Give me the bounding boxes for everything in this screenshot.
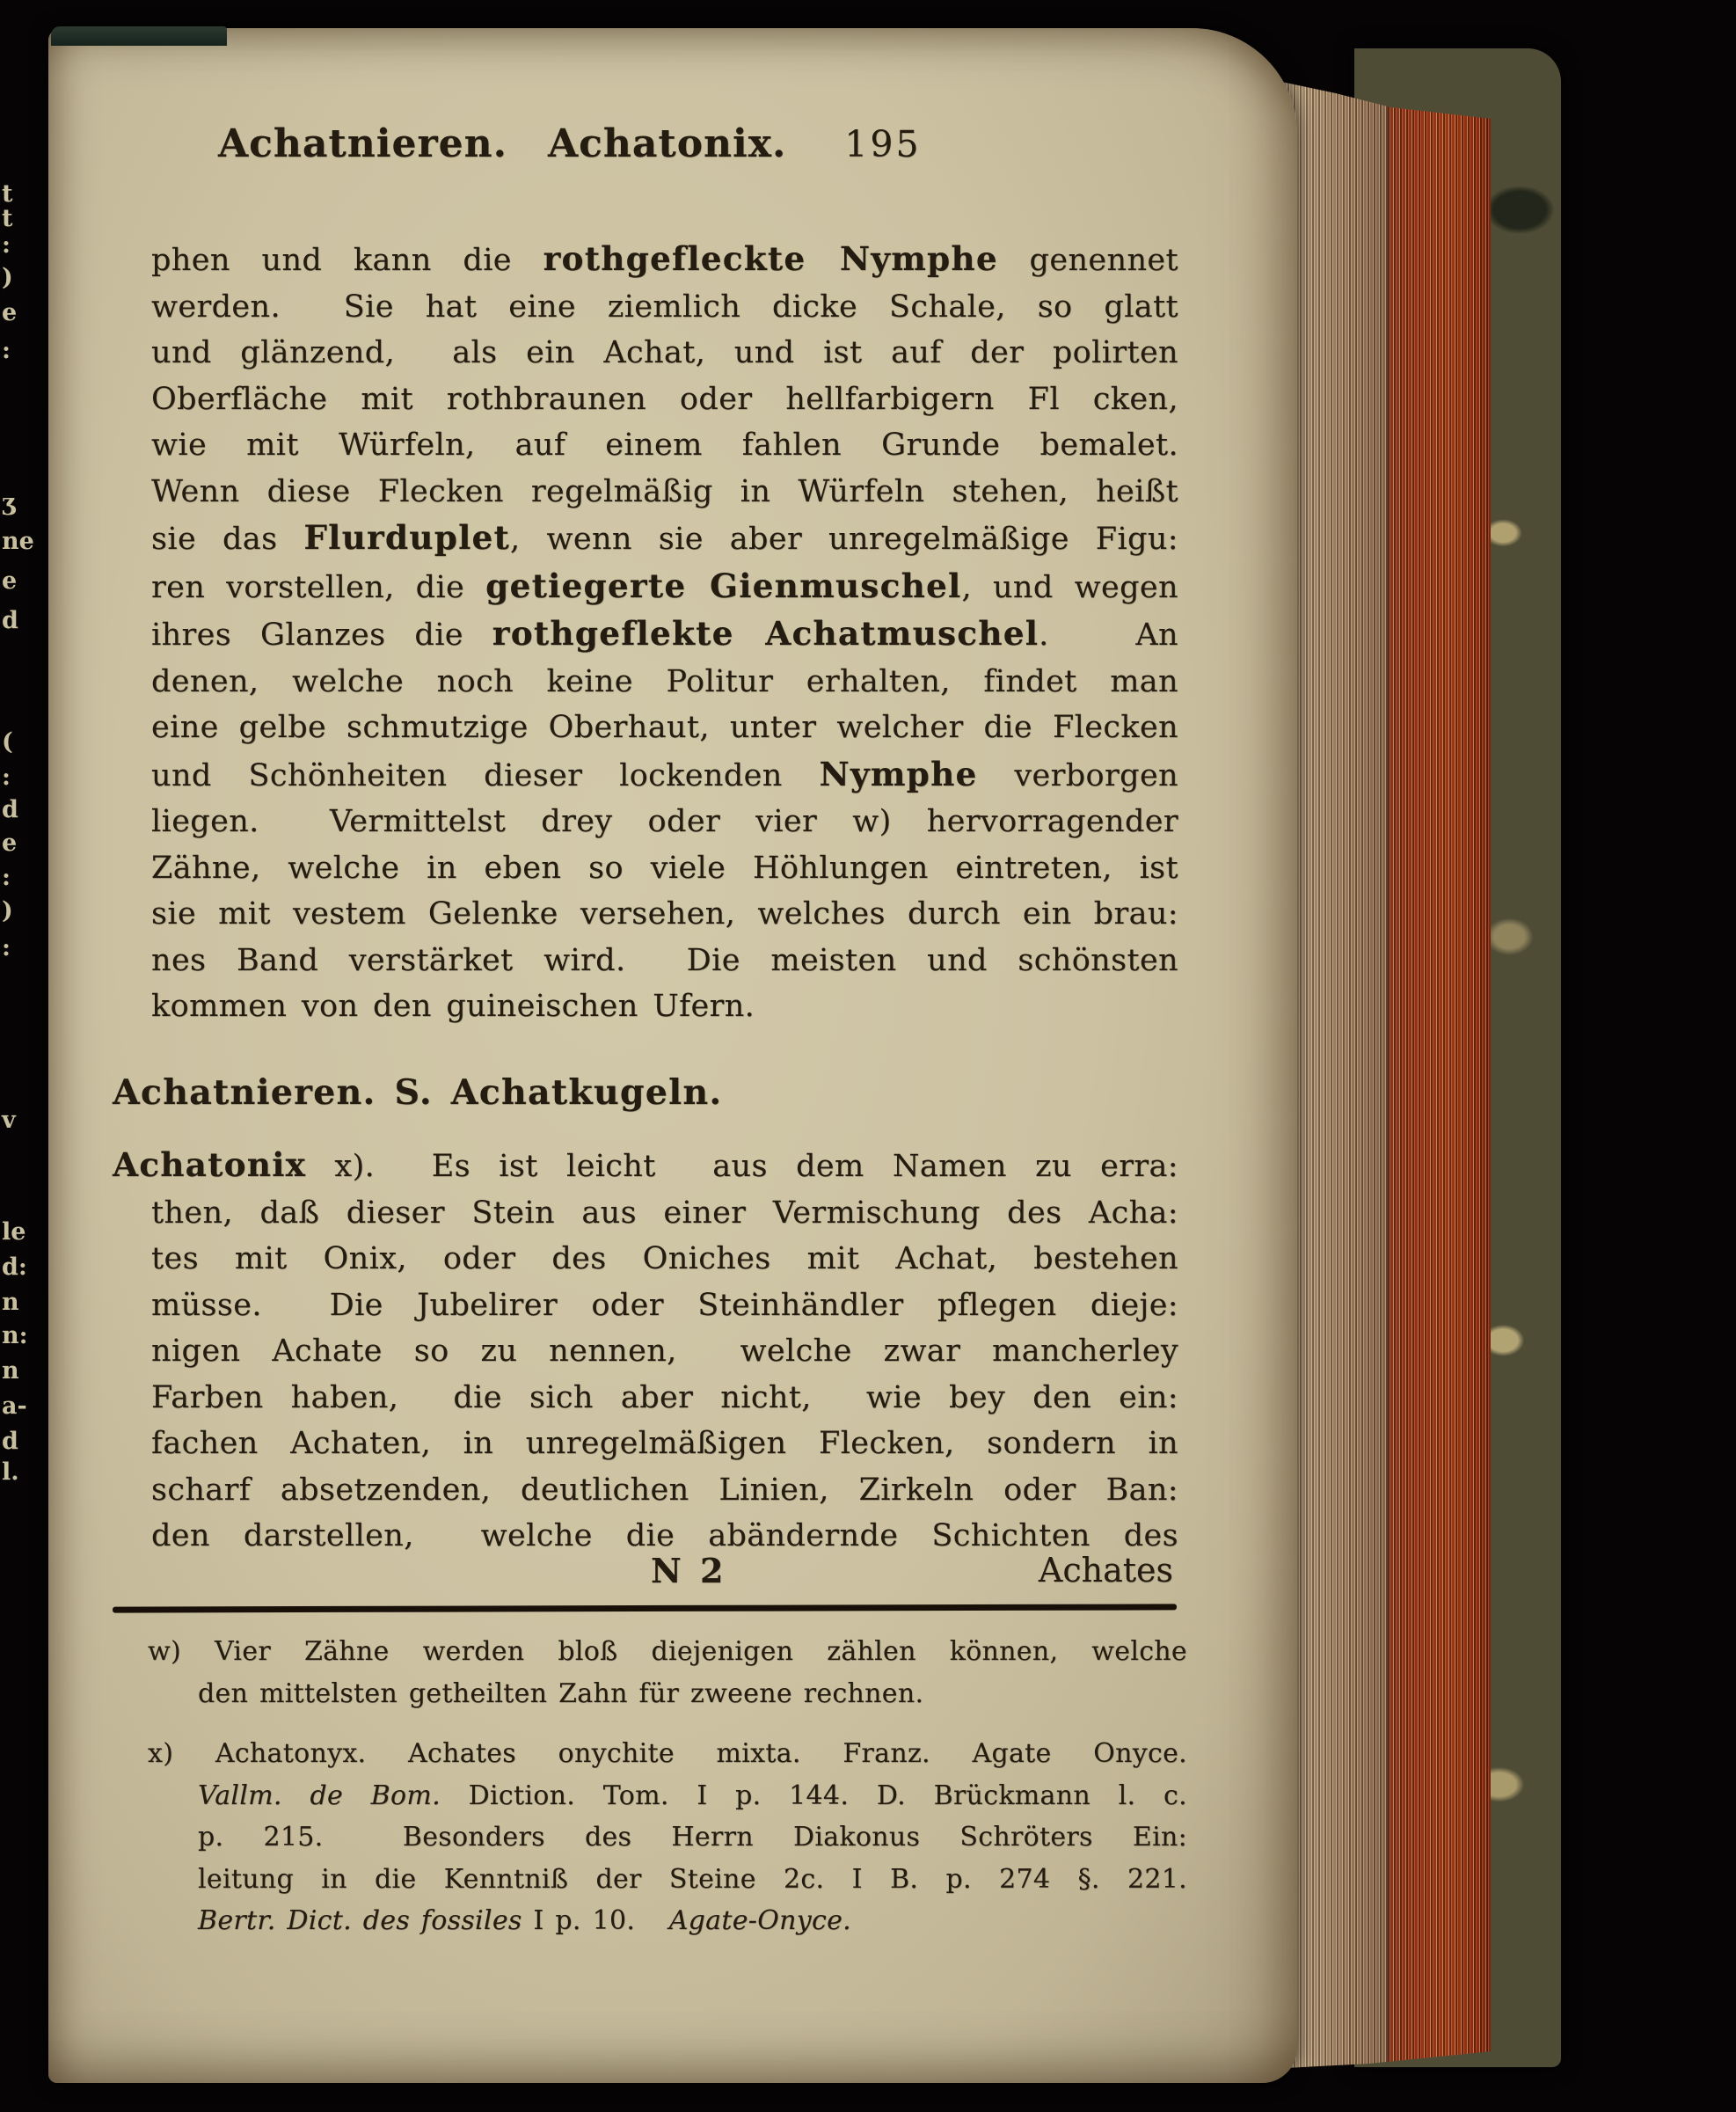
text-line: tes mit Onix, oder des Oniches mit Achat… xyxy=(113,1236,1178,1283)
edge-letter-fragment: : xyxy=(2,337,11,364)
italic-citation: Bertr. Dict. des fossiles xyxy=(198,1905,522,1936)
emphasized-word: getiegerte Gienmuschel xyxy=(485,566,961,605)
text-line: liegen. Vermittelst drey oder vier w) he… xyxy=(151,799,1178,845)
text-line: nes Band verstärket wird. Die meisten un… xyxy=(151,938,1178,984)
text-line: Achatonix x). Es ist leicht aus dem Name… xyxy=(113,1142,1178,1190)
text-line: leitung in die Kenntniß der Steine 2c. I… xyxy=(148,1859,1187,1901)
text-line: x) Achatonyx. Achates onychite mixta. Fr… xyxy=(148,1733,1187,1775)
edge-letter-fragment: le xyxy=(2,1218,26,1246)
header-keyword-left: Achatnieren. xyxy=(218,121,507,166)
text-line: sie mit vestem Gelenke versehen, welches… xyxy=(151,891,1178,938)
facing-page-edge: tt:)e:ʒneed(:de:):vled:nn:na-dl. xyxy=(0,0,47,2112)
text-line: den mittelsten getheilten Zahn für zween… xyxy=(148,1673,1187,1715)
text-line: w) Vier Zähne werden bloß diejenigen zäh… xyxy=(148,1631,1187,1673)
text-line: denen, welche noch keine Politur erhalte… xyxy=(151,659,1178,705)
text-line: fachen Achaten, in unregelmäßigen Flecke… xyxy=(113,1421,1178,1467)
edge-letter-fragment: : xyxy=(2,764,11,791)
text-line: ren vorstellen, die getiegerte Gienmusch… xyxy=(151,563,1178,611)
edge-letter-fragment: l. xyxy=(2,1458,19,1486)
text-line: Achatnieren. S. Achatkugeln. xyxy=(113,1070,1178,1116)
emphasized-word: Achatnieren. S. Achatkugeln. xyxy=(113,1072,722,1113)
edge-letter-fragment: t xyxy=(2,180,12,208)
edge-letter-fragment: t xyxy=(2,205,12,232)
edge-letter-fragment: d xyxy=(2,607,18,634)
text-line: Zähne, welche in eben so viele Höhlungen… xyxy=(151,845,1178,892)
book-page: Achatnieren.Achatonix.195 phen und kann … xyxy=(48,28,1297,2083)
text-line: und Schönheiten dieser lockenden Nymphe … xyxy=(151,751,1178,800)
header-keyword-right: Achatonix. xyxy=(548,121,786,166)
emphasized-word: Achatonix xyxy=(113,1145,306,1184)
edge-letter-fragment: d xyxy=(2,1428,18,1455)
text-line: eine gelbe schmutzige Oberhaut, unter we… xyxy=(151,705,1178,751)
text-line: und glänzend, als ein Achat, und ist auf… xyxy=(151,330,1178,376)
edge-letter-fragment: e xyxy=(2,829,17,857)
fore-edge-pages xyxy=(1269,53,1491,2069)
signature-line: N 2 Achates xyxy=(151,1551,1178,1597)
emphasized-word: rothgefleckte Nymphe xyxy=(543,239,998,278)
text-line: ihres Glanzes die rothgeflekte Achatmusc… xyxy=(151,610,1178,659)
edge-letter-fragment: ( xyxy=(2,728,13,756)
edge-letter-fragment: ʒ xyxy=(2,489,15,516)
edge-letter-fragment: d: xyxy=(2,1253,27,1281)
edge-letter-fragment: : xyxy=(2,231,11,259)
text-line: nigen Achate so zu nennen, welche zwar m… xyxy=(113,1328,1178,1375)
footnote-rule xyxy=(113,1604,1177,1612)
text-line: werden. Sie hat eine ziemlich dicke Scha… xyxy=(151,284,1178,331)
edge-letter-fragment: n: xyxy=(2,1322,28,1349)
edge-letter-fragment: d xyxy=(2,796,18,823)
text-line: müsse. Die Jubelirer oder Steinhändler p… xyxy=(113,1283,1178,1329)
emphasized-word: rothgeflekte Achatmuschel xyxy=(492,614,1039,653)
text-line: p. 215. Besonders des Herrn Diakonus Sch… xyxy=(148,1816,1187,1859)
text-line: Bertr. Dict. des fossiles I p. 10. Agate… xyxy=(148,1900,1187,1942)
edge-letter-fragment: : xyxy=(2,864,11,891)
text-line: Farben haben, die sich aber nicht, wie b… xyxy=(113,1375,1178,1421)
running-header: Achatnieren.Achatonix.195 xyxy=(151,121,1176,166)
edge-letter-fragment: n xyxy=(2,1289,19,1316)
fore-edge-red-leaves xyxy=(1388,53,1491,2069)
edge-letter-fragment: e xyxy=(2,299,17,326)
footnote: x) Achatonyx. Achates onychite mixta. Fr… xyxy=(148,1733,1187,1942)
text-line: Wenn diese Flecken regelmäßig in Würfeln… xyxy=(151,469,1178,515)
edge-letter-fragment: : xyxy=(2,934,11,961)
edge-letter-fragment: ) xyxy=(2,897,13,924)
italic-citation: Agate-Onyce. xyxy=(669,1905,851,1936)
catchword: Achates xyxy=(1039,1551,1173,1589)
footnotes: w) Vier Zähne werden bloß diejenigen zäh… xyxy=(148,1631,1187,1961)
edge-letter-fragment: e xyxy=(2,567,17,595)
text-line: kommen von den guineischen Ufern. xyxy=(151,983,1178,1030)
text-line: scharf absetzenden, deutlichen Linien, Z… xyxy=(113,1467,1178,1514)
text-line: Vallm. de Bom. Diction. Tom. I p. 144. D… xyxy=(148,1775,1187,1817)
edge-letter-fragment: ) xyxy=(2,264,13,291)
italic-citation: Vallm. de Bom. xyxy=(198,1780,441,1811)
page-number: 195 xyxy=(844,123,921,165)
text-line: wie mit Würfeln, auf einem fahlen Grunde… xyxy=(151,422,1178,469)
entry-achatonix: Achatonix x). Es ist leicht aus dem Name… xyxy=(113,1142,1178,1560)
paragraph-achatmuschel: phen und kann die rothgefleckte Nymphe g… xyxy=(151,236,1178,1030)
text-line: then, daß dieser Stein aus einer Vermisc… xyxy=(113,1190,1178,1237)
book-photo: tt:)e:ʒneed(:de:):vled:nn:na-dl. Achatni… xyxy=(0,0,1736,2112)
entry-achatnieren-cross-reference: Achatnieren. S. Achatkugeln. xyxy=(113,1070,1178,1116)
footnote: w) Vier Zähne werden bloß diejenigen zäh… xyxy=(148,1631,1187,1714)
edge-letter-fragment: ne xyxy=(2,528,34,555)
emphasized-word: Nymphe xyxy=(820,755,978,793)
edge-letter-fragment: a- xyxy=(2,1392,27,1420)
text-line: Oberfläche mit rothbraunen oder hellfarb… xyxy=(151,376,1178,423)
emphasized-word: Flurduplet xyxy=(303,518,510,557)
edge-letter-fragment: v xyxy=(2,1107,16,1134)
text-line: phen und kann die rothgefleckte Nymphe g… xyxy=(151,236,1178,284)
edge-letter-fragment: n xyxy=(2,1357,19,1385)
text-line: sie das Flurduplet, wenn sie aber unrege… xyxy=(151,515,1178,563)
signature-mark: N 2 xyxy=(651,1551,726,1590)
headband-sliver xyxy=(51,26,227,46)
